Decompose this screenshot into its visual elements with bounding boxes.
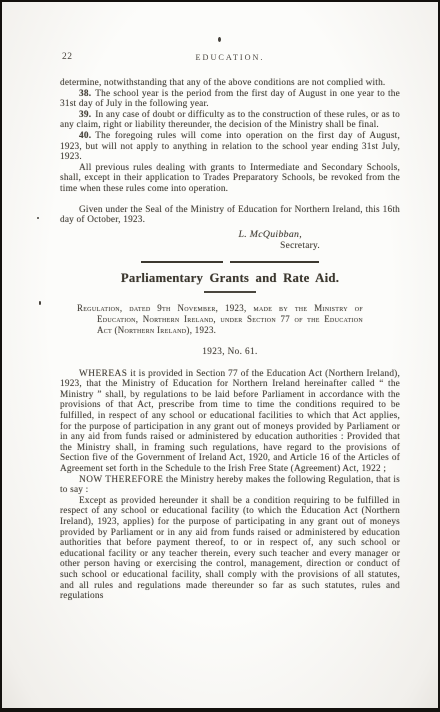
rule-38-text: The school year is the period from the f… — [60, 89, 400, 110]
rule-40-text: The foregoing rules will come into opera… — [60, 131, 400, 162]
signature-name: L. McQuibban, — [60, 229, 400, 240]
rule-paragraph-continuation: determine, notwithstanding that any of t… — [60, 78, 400, 89]
whereas-paragraph: WHEREAS it is provided in Section 77 of … — [60, 369, 400, 475]
scanned-page: 22 EDUCATION. determine, notwithstanding… — [0, 0, 440, 712]
regulation-title: Parliamentary Grants and Rate Aid. — [60, 271, 400, 286]
rule-paragraph-39: 39.In any case of doubt or difficulty as… — [60, 110, 400, 131]
divider-segment — [141, 261, 223, 263]
rule-40-number: 40. — [79, 131, 91, 141]
rule-39-text: In any case of doubt or difficulty as to… — [60, 110, 400, 131]
whereas-text: it is provided in Section 77 of the Educ… — [60, 369, 400, 474]
rule-38-number: 38. — [79, 89, 91, 99]
rule-paragraph-38: 38.The school year is the period from th… — [60, 89, 400, 110]
divider-segment — [230, 261, 319, 263]
signature-title: Secretary. — [60, 241, 400, 251]
regulation-citation: Regulation, dated 9th November, 1923, ma… — [60, 303, 363, 336]
now-therefore-paragraph: NOW THEREFORE the Ministry hereby makes … — [60, 475, 400, 496]
title-divider — [204, 291, 256, 293]
condition-paragraph: Except as provided hereunder it shall be… — [60, 496, 400, 602]
seal-clause: Given under the Seal of the Ministry of … — [60, 205, 400, 226]
section-divider — [141, 261, 319, 263]
running-header: EDUCATION. — [196, 53, 265, 62]
whereas-lead: WHEREAS — [79, 369, 127, 379]
page-number: 22 — [62, 52, 73, 62]
rule-39-number: 39. — [79, 110, 91, 120]
now-therefore-lead: NOW THEREFORE — [79, 475, 163, 485]
rule-paragraph-revocation: All previous rules dealing with grants t… — [60, 163, 400, 195]
rule-paragraph-40: 40.The foregoing rules will come into op… — [60, 131, 400, 163]
page-header: 22 EDUCATION. — [60, 52, 400, 65]
page-content: 22 EDUCATION. determine, notwithstanding… — [2, 2, 438, 602]
regulation-number: 1923, No. 61. — [60, 346, 400, 356]
